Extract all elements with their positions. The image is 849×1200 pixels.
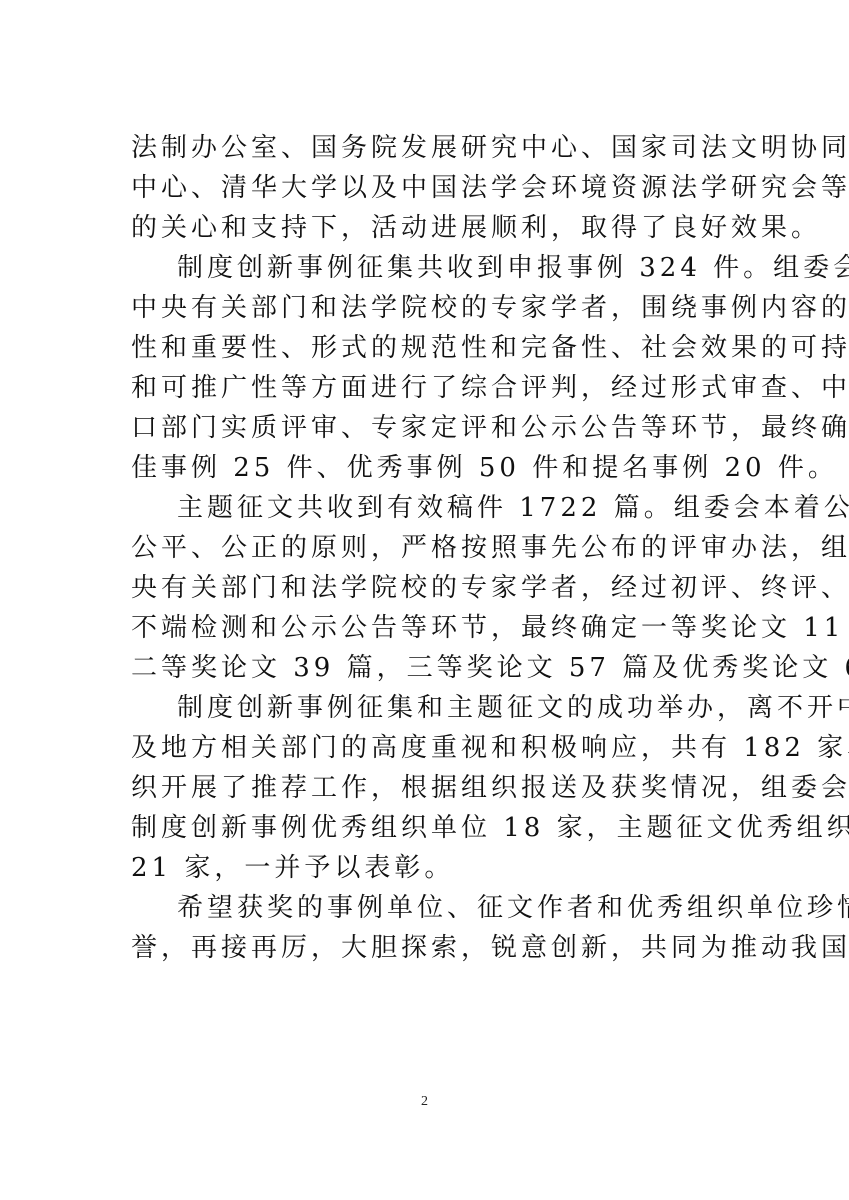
text-line: 21 家，一并予以表彰。	[131, 848, 721, 888]
paragraph-5: 希望获奖的事例单位、征文作者和优秀组织单位珍惜荣 誉，再接再厉，大胆探索，锐意创…	[131, 888, 731, 968]
text-line: 二等奖论文 39 篇，三等奖论文 57 篇及优秀奖论文 60 篇。	[131, 648, 721, 688]
text-line: 织开展了推荐工作，根据组织报送及获奖情况，组委会确定	[131, 768, 721, 808]
text-line: 公平、公正的原则，严格按照事先公布的评审办法，组织中	[131, 528, 721, 568]
text-line: 法制办公室、国务院发展研究中心、国家司法文明协同创新	[131, 128, 721, 168]
text-line: 誉，再接再厉，大胆探索，锐意创新，共同为推动我国生态	[131, 928, 721, 968]
paragraph-3: 主题征文共收到有效稿件 1722 篇。组委会本着公开、 公平、公正的原则，严格按…	[131, 488, 731, 688]
paragraph-2: 制度创新事例征集共收到申报事例 324 件。组委会组织 中央有关部门和法学院校的…	[131, 248, 731, 488]
text-line: 希望获奖的事例单位、征文作者和优秀组织单位珍惜荣	[131, 888, 721, 928]
page-number: 2	[0, 1094, 849, 1110]
text-line: 及地方相关部门的高度重视和积极响应，共有 182 家单位组	[131, 728, 721, 768]
paragraph-4: 制度创新事例征集和主题征文的成功举办，离不开中央 及地方相关部门的高度重视和积极…	[131, 688, 731, 888]
text-line: 性和重要性、形式的规范性和完备性、社会效果的可持续性	[131, 328, 721, 368]
paragraph-1: 法制办公室、国务院发展研究中心、国家司法文明协同创新 中心、清华大学以及中国法学…	[131, 128, 731, 248]
text-line: 制度创新事例征集共收到申报事例 324 件。组委会组织	[131, 248, 721, 288]
text-line: 制度创新事例征集和主题征文的成功举办，离不开中央	[131, 688, 721, 728]
text-line: 口部门实质评审、专家定评和公示公告等环节，最终确定最	[131, 408, 721, 448]
text-line: 中央有关部门和法学院校的专家学者，围绕事例内容的创新	[131, 288, 721, 328]
text-line: 不端检测和公示公告等环节，最终确定一等奖论文 11 篇，	[131, 608, 721, 648]
text-line: 和可推广性等方面进行了综合评判，经过形式审查、中央对	[131, 368, 721, 408]
text-line: 主题征文共收到有效稿件 1722 篇。组委会本着公开、	[131, 488, 721, 528]
text-line: 佳事例 25 件、优秀事例 50 件和提名事例 20 件。	[131, 448, 721, 488]
text-line: 中心、清华大学以及中国法学会环境资源法学研究会等单位	[131, 168, 721, 208]
document-page: 法制办公室、国务院发展研究中心、国家司法文明协同创新 中心、清华大学以及中国法学…	[0, 0, 849, 1200]
text-line: 的关心和支持下，活动进展顺利，取得了良好效果。	[131, 208, 721, 248]
text-line: 制度创新事例优秀组织单位 18 家，主题征文优秀组织单位	[131, 808, 721, 848]
text-line: 央有关部门和法学院校的专家学者，经过初评、终评、学术	[131, 568, 721, 608]
body-text: 法制办公室、国务院发展研究中心、国家司法文明协同创新 中心、清华大学以及中国法学…	[131, 128, 731, 968]
